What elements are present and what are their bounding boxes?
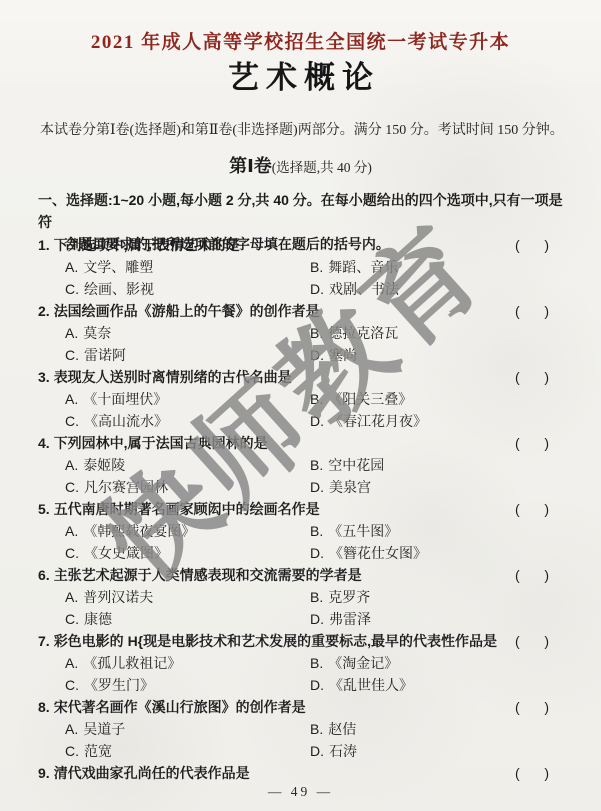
option-a: A.泰姬陵 xyxy=(65,454,310,476)
answer-bracket: () xyxy=(515,300,549,322)
option-row: A.吴道子 B.赵佶 xyxy=(38,718,563,740)
option-row: A.《韩熙载夜宴图》 B.《五牛图》 xyxy=(38,520,563,542)
option-row: A.泰姬陵 B.空中花园 xyxy=(38,454,563,476)
option-a: A.《韩熙载夜宴图》 xyxy=(65,520,310,542)
question-stem-row: 4.下列园林中,属于法国古典园林的是 () xyxy=(38,432,563,454)
question-text: 下列选项中,属于表情艺术的是 xyxy=(54,237,240,253)
section-title: 第Ⅰ卷 xyxy=(229,156,272,176)
option-d: D.弗雷泽 xyxy=(310,608,371,630)
instruction-line-1: 一、选择题:1~20 小题,每小题 2 分,共 40 分。在每小题给出的四个选项… xyxy=(38,189,563,233)
option-c: C.《女史箴图》 xyxy=(65,542,310,564)
question-stem-row: 1.下列选项中,属于表情艺术的是 () xyxy=(38,234,563,256)
option-row: C.《高山流水》 D.《春江花月夜》 xyxy=(38,410,563,432)
question-3: 3.表现友人送别时离情别绪的古代名曲是 () A.《十面埋伏》 B.《阳关三叠》… xyxy=(38,366,563,432)
option-row: C.绘画、影视 D.戏剧、书法 xyxy=(38,278,563,300)
question-9: 9.清代戏曲家孔尚任的代表作品是 () xyxy=(38,762,563,784)
answer-bracket: () xyxy=(515,696,549,718)
question-number: 9. xyxy=(38,765,50,781)
question-1: 1.下列选项中,属于表情艺术的是 () A.文学、雕塑 B.舞蹈、音乐 C.绘画… xyxy=(38,234,563,300)
question-8: 8.宋代著名画作《溪山行旅图》的创作者是 () A.吴道子 B.赵佶 C.范宽 … xyxy=(38,696,563,762)
option-row: C.凡尔赛宫园林 D.美泉宫 xyxy=(38,476,563,498)
exam-title: 艺术概论 xyxy=(0,52,601,97)
option-d: D.《乱世佳人》 xyxy=(310,674,413,696)
question-number: 2. xyxy=(38,303,50,319)
option-c: C.凡尔赛宫园林 xyxy=(65,476,310,498)
option-row: C.范宽 D.石涛 xyxy=(38,740,563,762)
option-d: D.《春江花月夜》 xyxy=(310,410,427,432)
question-number: 5. xyxy=(38,501,50,517)
option-b: B.舞蹈、音乐 xyxy=(310,256,398,278)
exam-intro: 本试卷分第Ⅰ卷(选择题)和第Ⅱ卷(非选择题)两部分。满分 150 分。考试时间 … xyxy=(40,121,573,141)
option-c: C.范宽 xyxy=(65,740,310,762)
question-stem-row: 5.五代南唐时期著名画家顾闳中的绘画名作是 () xyxy=(38,498,563,520)
option-row: A.文学、雕塑 B.舞蹈、音乐 xyxy=(38,256,563,278)
option-row: A.莫奈 B.德拉克洛瓦 xyxy=(38,322,563,344)
question-text: 宋代著名画作《溪山行旅图》的创作者是 xyxy=(54,699,306,715)
question-4: 4.下列园林中,属于法国古典园林的是 () A.泰姬陵 B.空中花园 C.凡尔赛… xyxy=(38,432,563,498)
option-row: A.普列汉诺夫 B.克罗齐 xyxy=(38,586,563,608)
question-text: 彩色电影的 H{现是电影技术和艺术发展的重要标志,最早的代表性作品是 xyxy=(54,633,497,649)
question-number: 3. xyxy=(38,369,50,385)
exam-header: 2021 年成人高等学校招生全国统一考试专升本 xyxy=(0,27,601,54)
answer-bracket: () xyxy=(515,432,549,454)
option-d: D.《簪花仕女图》 xyxy=(310,542,427,564)
answer-bracket: () xyxy=(515,234,549,256)
question-text: 主张艺术起源于人类情感表现和交流需要的学者是 xyxy=(54,567,362,583)
question-number: 4. xyxy=(38,435,50,451)
question-text: 下列园林中,属于法国古典园林的是 xyxy=(54,435,268,451)
option-c: C.康德 xyxy=(65,608,310,630)
option-d: D.戏剧、书法 xyxy=(310,278,399,300)
question-text: 法国绘画作品《游船上的午餐》的创作者是 xyxy=(54,303,320,319)
question-6: 6.主张艺术起源于人类情感表现和交流需要的学者是 () A.普列汉诺夫 B.克罗… xyxy=(38,564,563,630)
exam-page: 2021 年成人高等学校招生全国统一考试专升本 艺术概论 本试卷分第Ⅰ卷(选择题… xyxy=(0,0,601,811)
question-stem-row: 7.彩色电影的 H{现是电影技术和艺术发展的重要标志,最早的代表性作品是 () xyxy=(38,630,563,652)
question-stem-row: 9.清代戏曲家孔尚任的代表作品是 () xyxy=(38,762,563,784)
question-number: 6. xyxy=(38,567,50,583)
section-heading: 第Ⅰ卷(选择题,共 40 分) xyxy=(0,152,601,178)
question-text: 五代南唐时期著名画家顾闳中的绘画名作是 xyxy=(54,501,320,517)
answer-bracket: () xyxy=(515,498,549,520)
question-stem-row: 8.宋代著名画作《溪山行旅图》的创作者是 () xyxy=(38,696,563,718)
option-b: B.空中花园 xyxy=(310,454,384,476)
option-d: D.美泉宫 xyxy=(310,476,371,498)
question-2: 2.法国绘画作品《游船上的午餐》的创作者是 () A.莫奈 B.德拉克洛瓦 C.… xyxy=(38,300,563,366)
question-text: 表现友人送别时离情别绪的古代名曲是 xyxy=(54,369,292,385)
option-c: C.绘画、影视 xyxy=(65,278,310,300)
option-d: D.塞尚 xyxy=(310,344,357,366)
option-c: C.雷诺阿 xyxy=(65,344,310,366)
question-number: 8. xyxy=(38,699,50,715)
question-list: 1.下列选项中,属于表情艺术的是 () A.文学、雕塑 B.舞蹈、音乐 C.绘画… xyxy=(38,234,563,784)
option-row: C.《女史箴图》 D.《簪花仕女图》 xyxy=(38,542,563,564)
question-stem-row: 2.法国绘画作品《游船上的午餐》的创作者是 () xyxy=(38,300,563,322)
section-subtitle: (选择题,共 40 分) xyxy=(272,160,372,175)
option-row: C.雷诺阿 D.塞尚 xyxy=(38,344,563,366)
answer-bracket: () xyxy=(515,762,549,784)
option-b: B.克罗齐 xyxy=(310,586,370,608)
question-stem-row: 6.主张艺术起源于人类情感表现和交流需要的学者是 () xyxy=(38,564,563,586)
option-a: A.普列汉诺夫 xyxy=(65,586,310,608)
option-b: B.《淘金记》 xyxy=(310,652,398,674)
question-7: 7.彩色电影的 H{现是电影技术和艺术发展的重要标志,最早的代表性作品是 () … xyxy=(38,630,563,696)
question-number: 1. xyxy=(38,237,50,253)
option-a: A.莫奈 xyxy=(65,322,310,344)
option-row: C.《罗生门》 D.《乱世佳人》 xyxy=(38,674,563,696)
question-stem-row: 3.表现友人送别时离情别绪的古代名曲是 () xyxy=(38,366,563,388)
option-a: A.《十面埋伏》 xyxy=(65,388,310,410)
option-a: A.文学、雕塑 xyxy=(65,256,310,278)
answer-bracket: () xyxy=(515,630,549,652)
option-d: D.石涛 xyxy=(310,740,357,762)
question-text: 清代戏曲家孔尚任的代表作品是 xyxy=(54,765,250,781)
option-row: A.《十面埋伏》 B.《阳关三叠》 xyxy=(38,388,563,410)
question-5: 5.五代南唐时期著名画家顾闳中的绘画名作是 () A.《韩熙载夜宴图》 B.《五… xyxy=(38,498,563,564)
option-a: A.《孤儿救祖记》 xyxy=(65,652,310,674)
option-row: C.康德 D.弗雷泽 xyxy=(38,608,563,630)
option-c: C.《罗生门》 xyxy=(65,674,310,696)
option-c: C.《高山流水》 xyxy=(65,410,310,432)
page-number-footer: — 49 — xyxy=(0,784,601,800)
option-b: B.《五牛图》 xyxy=(310,520,398,542)
question-number: 7. xyxy=(38,633,50,649)
option-b: B.德拉克洛瓦 xyxy=(310,322,398,344)
answer-bracket: () xyxy=(515,564,549,586)
option-row: A.《孤儿救祖记》 B.《淘金记》 xyxy=(38,652,563,674)
option-b: B.赵佶 xyxy=(310,718,356,740)
answer-bracket: () xyxy=(515,366,549,388)
option-b: B.《阳关三叠》 xyxy=(310,388,412,410)
option-a: A.吴道子 xyxy=(65,718,310,740)
